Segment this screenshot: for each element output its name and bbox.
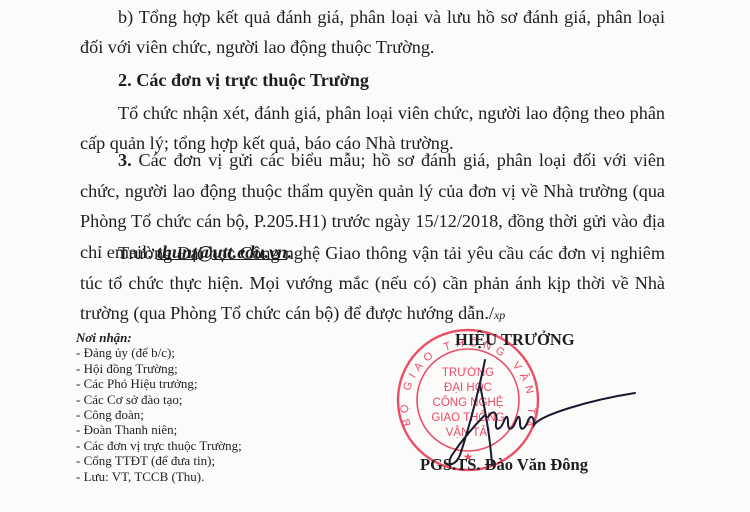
signer-name: PGS.TS. Đào Văn Đông <box>420 455 588 475</box>
paragraph-3-number: 3. <box>118 150 132 170</box>
recipient-item: - Công đoàn; <box>76 407 242 422</box>
recipient-item: - Cổng TTĐT (để đưa tin); <box>76 453 242 468</box>
paragraph-4-text: Trường Đại học Công nghệ Giao thông vận … <box>80 243 665 323</box>
recipient-item: - Hội đồng Trường; <box>76 361 242 376</box>
initials-mark: xp <box>494 308 505 322</box>
recipient-item: - Đảng ủy (để b/c); <box>76 345 242 360</box>
recipient-item: - Lưu: VT, TCCB (Thu). <box>76 469 242 484</box>
paragraph-1b: b) Tổng hợp kết quả đánh giá, phân loại … <box>80 2 665 62</box>
recipients-title: Nơi nhận: <box>76 330 242 345</box>
recipient-item: - Đoàn Thanh niên; <box>76 422 242 437</box>
recipient-item: - Các đơn vị trực thuộc Trường; <box>76 438 242 453</box>
recipients-block: Nơi nhận: - Đảng ủy (để b/c); - Hội đồng… <box>76 330 242 484</box>
recipient-item: - Các Phó Hiệu trưởng; <box>76 376 242 391</box>
document-page: b) Tổng hợp kết quả đánh giá, phân loại … <box>0 0 750 512</box>
paragraph-4: Trường Đại học Công nghệ Giao thông vận … <box>80 238 665 330</box>
recipient-item: - Các Cơ sở đào tạo; <box>76 392 242 407</box>
section-heading-2: 2. Các đơn vị trực thuộc Trường <box>80 65 665 95</box>
signature-title: HIỆU TRƯỞNG <box>455 330 575 350</box>
